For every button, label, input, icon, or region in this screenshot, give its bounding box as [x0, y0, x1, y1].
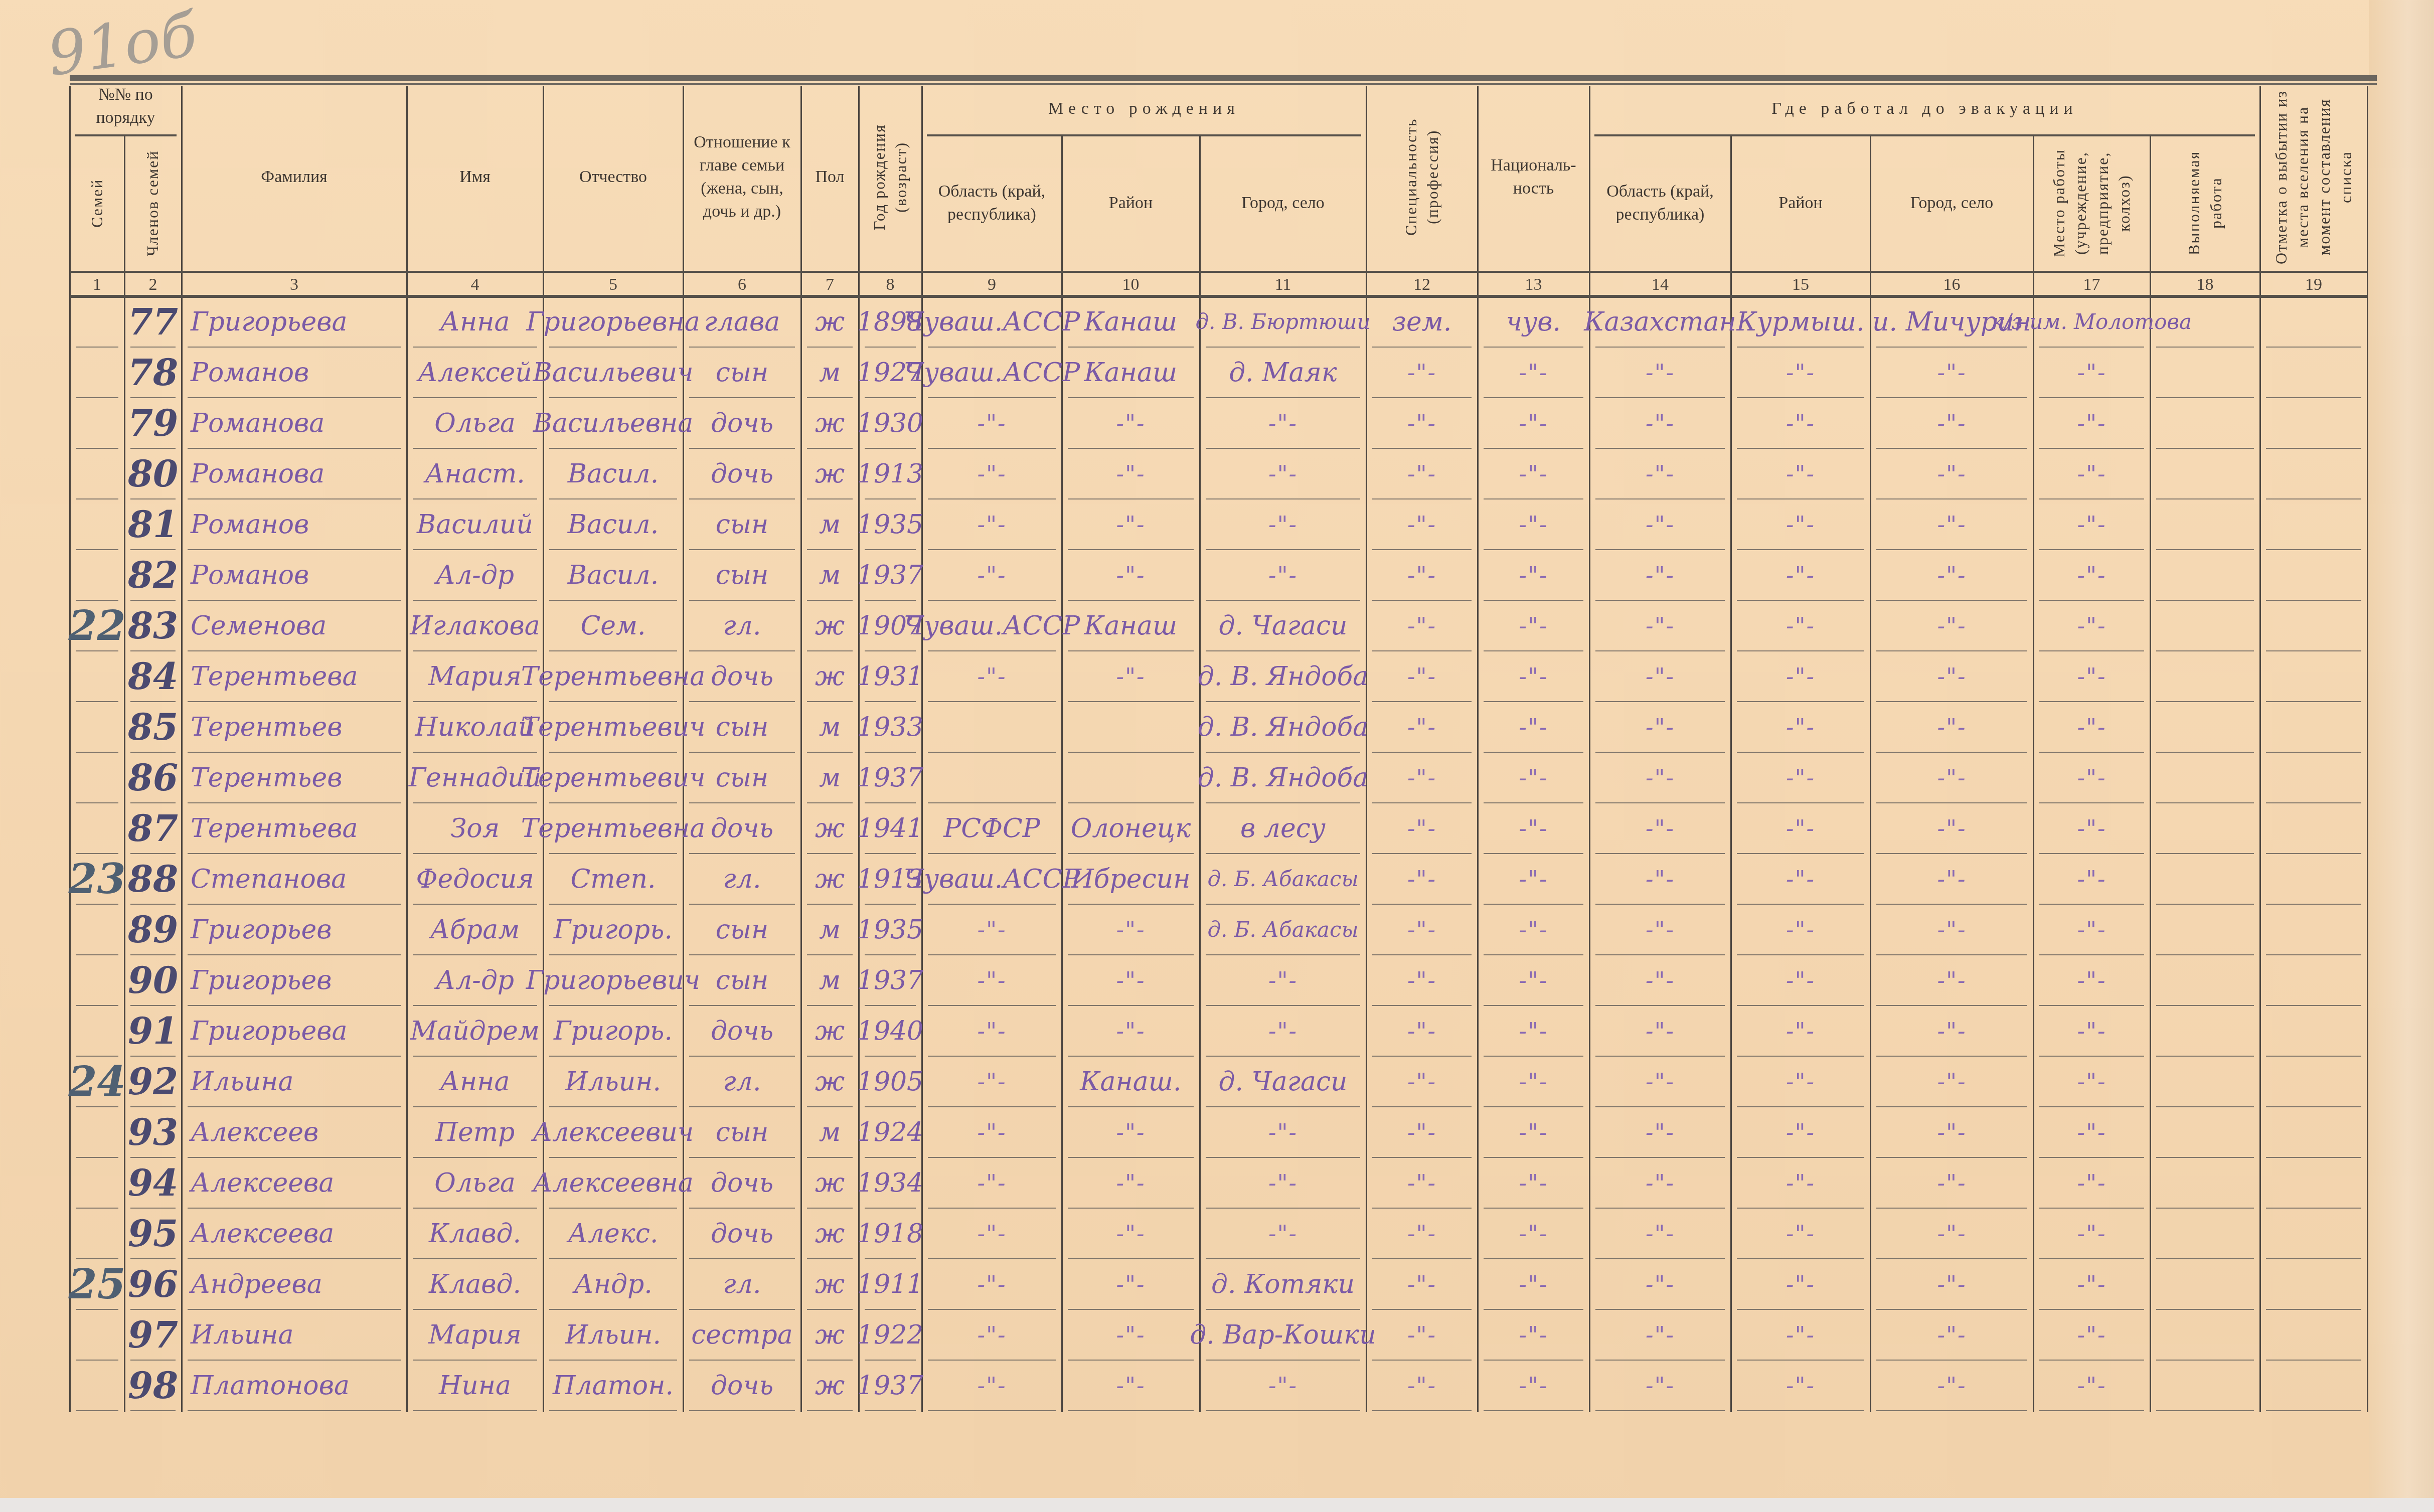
- column-header-18: Выполняемая работа: [2153, 138, 2257, 268]
- cell-w-district: -"-: [1731, 754, 1870, 801]
- row-divider: [76, 1258, 118, 1259]
- cell-patronymic: Васил.: [543, 500, 683, 548]
- row-divider: [549, 1309, 677, 1310]
- column-header-14: Область (край, республика): [1592, 138, 1728, 268]
- cell-patronymic: Алексеевна: [543, 1159, 683, 1207]
- cell-name: Майдрем: [407, 1007, 543, 1055]
- row-divider: [928, 1157, 1056, 1158]
- row-divider: [1206, 853, 1360, 854]
- row-divider: [549, 1157, 677, 1158]
- cell-nationality: -"-: [1478, 703, 1589, 751]
- cell-member: 85: [124, 703, 182, 751]
- cell-w-region: -"-: [1589, 855, 1731, 903]
- cell-patronymic: Алексеевич: [543, 1108, 683, 1156]
- row-divider: [2156, 1157, 2254, 1158]
- cell-w-region: -"-: [1589, 450, 1731, 497]
- cell-surname: Терентьева: [182, 804, 416, 852]
- row-divider: [689, 1258, 795, 1259]
- row-divider: [1876, 1005, 2027, 1006]
- row-divider: [865, 448, 916, 449]
- row-divider: [928, 752, 1056, 753]
- cell-nationality: -"-: [1478, 906, 1589, 953]
- cell-year: 1913: [859, 450, 922, 497]
- cell-w-place: -"-: [2033, 1007, 2150, 1055]
- row-divider: [188, 397, 401, 398]
- row-divider: [1737, 397, 1864, 398]
- cell-specialty: -"-: [1366, 1007, 1478, 1055]
- row-divider: [2156, 1258, 2254, 1259]
- row-divider: [1484, 1005, 1583, 1006]
- row-divider: [807, 1208, 853, 1209]
- row-divider: [1068, 701, 1194, 702]
- row-divider: [413, 701, 537, 702]
- row-divider: [1206, 1410, 1360, 1411]
- cell-member: 78: [124, 349, 182, 396]
- row-divider: [807, 701, 853, 702]
- cell-nationality: -"-: [1478, 450, 1589, 497]
- row-divider: [549, 397, 677, 398]
- cell-patronymic: Григорь.: [543, 906, 683, 953]
- row-divider: [413, 853, 537, 854]
- row-divider: [413, 448, 537, 449]
- row-divider: [1206, 650, 1360, 651]
- cell-b-town: д. Чагаси: [1200, 1058, 1366, 1105]
- cell-b-district: -"-: [1062, 1159, 1200, 1207]
- cell-specialty: -"-: [1366, 1362, 1478, 1409]
- row-divider: [807, 904, 853, 905]
- cell-w-region: -"-: [1589, 1260, 1731, 1308]
- row-divider: [2039, 752, 2144, 753]
- table-top-border: [70, 75, 2377, 81]
- column-header-9: Область (край, республика): [925, 138, 1059, 268]
- row-divider: [1737, 448, 1864, 449]
- row-divider: [689, 1208, 795, 1209]
- row-divider: [188, 701, 401, 702]
- cell-w-place: -"-: [2033, 1108, 2150, 1156]
- row-divider: [2039, 1005, 2144, 1006]
- cell-b-town: д. В. Яндоба: [1200, 754, 1366, 801]
- row-divider: [807, 752, 853, 753]
- row-divider: [130, 904, 176, 905]
- cell-w-region: Казахстан: [1589, 298, 1731, 346]
- cell-b-region: -"-: [922, 500, 1062, 548]
- cell-member: 86: [124, 754, 182, 801]
- row-divider: [1484, 853, 1583, 854]
- row-divider: [1595, 1258, 1725, 1259]
- row-divider: [2156, 600, 2254, 601]
- cell-surname: Ильина: [182, 1058, 416, 1105]
- row-divider: [865, 650, 916, 651]
- row-divider: [2039, 1106, 2144, 1107]
- row-divider: [2266, 650, 2361, 651]
- row-divider: [1206, 347, 1360, 348]
- row-divider: [1484, 397, 1583, 398]
- cell-sex: м: [801, 1108, 859, 1156]
- row-divider: [76, 752, 118, 753]
- cell-year: 1940: [859, 1007, 922, 1055]
- cell-w-place: -"-: [2033, 500, 2150, 548]
- row-divider: [1372, 1410, 1472, 1411]
- row-divider: [1484, 1309, 1583, 1310]
- cell-b-region: -"-: [922, 906, 1062, 953]
- row-divider: [130, 1157, 176, 1158]
- column-number-16: 16: [1870, 275, 2033, 295]
- cell-member: 91: [124, 1007, 182, 1055]
- cell-w-district: -"-: [1731, 956, 1870, 1004]
- cell-w-region: -"-: [1589, 349, 1731, 396]
- row-divider: [1206, 1106, 1360, 1107]
- cell-b-region: -"-: [922, 1007, 1062, 1055]
- row-divider: [1484, 1258, 1583, 1259]
- row-divider: [413, 1258, 537, 1259]
- cell-relation: гл.: [683, 855, 801, 903]
- row-divider: [188, 549, 401, 550]
- cell-year: 1924: [859, 1108, 922, 1156]
- row-divider: [549, 650, 677, 651]
- row-divider: [1876, 650, 2027, 651]
- row-divider: [2266, 1056, 2361, 1057]
- row-divider: [188, 1056, 401, 1057]
- row-divider: [1206, 1309, 1360, 1310]
- cell-w-place: -"-: [2033, 1311, 2150, 1359]
- column-header-10: Район: [1065, 138, 1197, 268]
- row-divider: [549, 1208, 677, 1209]
- cell-patronymic: Терентьевич: [543, 703, 683, 751]
- cell-w-district: -"-: [1731, 855, 1870, 903]
- cell-specialty: -"-: [1366, 956, 1478, 1004]
- cell-name: Мария: [407, 1311, 543, 1359]
- row-divider: [928, 701, 1056, 702]
- cell-w-town: -"-: [1870, 1108, 2033, 1156]
- cell-surname: Романова: [182, 450, 416, 497]
- row-divider: [2039, 1410, 2144, 1411]
- row-divider: [413, 397, 537, 398]
- cell-patronymic: Ильин.: [543, 1058, 683, 1105]
- row-divider: [865, 1410, 916, 1411]
- row-divider: [1737, 600, 1864, 601]
- row-divider: [928, 1208, 1056, 1209]
- row-divider: [413, 650, 537, 651]
- cell-relation: дочь: [683, 804, 801, 852]
- cell-w-region: -"-: [1589, 1210, 1731, 1257]
- column-number-15: 15: [1731, 275, 1870, 295]
- cell-w-place: -"-: [2033, 956, 2150, 1004]
- cell-b-town: д. Маяк: [1200, 349, 1366, 396]
- cell-b-region: -"-: [922, 1260, 1062, 1308]
- cell-w-town: -"-: [1870, 500, 2033, 548]
- cell-nationality: -"-: [1478, 652, 1589, 700]
- subheader-line: [1594, 134, 2255, 136]
- row-divider: [1595, 1208, 1725, 1209]
- cell-patronymic: Сем.: [543, 602, 683, 649]
- row-divider: [1068, 1410, 1194, 1411]
- row-divider: [2156, 1208, 2254, 1209]
- cell-surname: Алексеев: [182, 1108, 416, 1156]
- column-header-11: Город, село: [1203, 138, 1363, 268]
- cell-surname: Терентьев: [182, 754, 416, 801]
- subheader-line: [927, 134, 1361, 136]
- cell-patronymic: Григорь.: [543, 1007, 683, 1055]
- row-divider: [1737, 1106, 1864, 1107]
- cell-b-region: Чуваш.АССР: [922, 349, 1062, 396]
- row-divider: [865, 904, 916, 905]
- cell-nationality: -"-: [1478, 855, 1589, 903]
- row-divider: [188, 600, 401, 601]
- row-divider: [2156, 802, 2254, 803]
- row-divider: [130, 1208, 176, 1209]
- row-divider: [1068, 954, 1194, 955]
- row-divider: [2039, 1309, 2144, 1310]
- cell-w-place: -"-: [2033, 1210, 2150, 1257]
- row-divider: [1595, 701, 1725, 702]
- cell-sex: м: [801, 349, 859, 396]
- row-divider: [188, 853, 401, 854]
- row-divider: [1206, 1360, 1360, 1361]
- cell-member: 89: [124, 906, 182, 953]
- row-divider: [130, 802, 176, 803]
- cell-sex: ж: [801, 1159, 859, 1207]
- cell-family: 22: [70, 602, 124, 649]
- cell-sex: ж: [801, 855, 859, 903]
- row-divider: [130, 1360, 176, 1361]
- row-divider: [413, 802, 537, 803]
- cell-b-district: Канаш: [1062, 298, 1200, 346]
- row-divider: [928, 1106, 1056, 1107]
- row-divider: [76, 1157, 118, 1158]
- row-divider: [865, 1056, 916, 1057]
- row-divider: [2266, 904, 2361, 905]
- column-divider: [2259, 86, 2261, 1412]
- row-divider: [1737, 752, 1864, 753]
- row-divider: [1737, 1157, 1864, 1158]
- row-divider: [865, 1360, 916, 1361]
- cell-b-district: Канаш: [1062, 349, 1200, 396]
- row-divider: [1737, 1309, 1864, 1310]
- row-divider: [1737, 1056, 1864, 1057]
- paper-edge: [2369, 0, 2434, 1512]
- column-number-11: 11: [1200, 275, 1366, 295]
- row-divider: [413, 1309, 537, 1310]
- cell-specialty: -"-: [1366, 399, 1478, 447]
- cell-sex: ж: [801, 1362, 859, 1409]
- row-divider: [130, 954, 176, 955]
- row-divider: [1206, 752, 1360, 753]
- cell-b-district: -"-: [1062, 1007, 1200, 1055]
- row-divider: [865, 549, 916, 550]
- header-order-numbers: №№ по порядку: [70, 86, 182, 126]
- cell-w-district: -"-: [1731, 551, 1870, 599]
- cell-w-place: -"-: [2033, 703, 2150, 751]
- row-divider: [689, 549, 795, 550]
- row-divider: [1876, 904, 2027, 905]
- row-divider: [928, 1056, 1056, 1057]
- cell-w-town: -"-: [1870, 1007, 2033, 1055]
- row-divider: [1372, 1360, 1472, 1361]
- cell-member: 87: [124, 804, 182, 852]
- row-divider: [689, 954, 795, 955]
- cell-w-district: -"-: [1731, 349, 1870, 396]
- row-divider: [549, 448, 677, 449]
- row-divider: [689, 397, 795, 398]
- cell-b-district: -"-: [1062, 956, 1200, 1004]
- column-header-2: Членов семей: [127, 138, 179, 268]
- cell-nationality: чув.: [1478, 298, 1589, 346]
- row-divider: [188, 1258, 401, 1259]
- cell-surname: Григорьева: [182, 298, 416, 346]
- row-divider: [689, 752, 795, 753]
- row-divider: [928, 954, 1056, 955]
- cell-name: Клавд.: [407, 1210, 543, 1257]
- row-divider: [413, 498, 537, 499]
- row-divider: [130, 397, 176, 398]
- row-divider: [1595, 1106, 1725, 1107]
- cell-patronymic: Григорьевич: [543, 956, 683, 1004]
- scan-background: [0, 1498, 2434, 1512]
- row-divider: [1737, 1410, 1864, 1411]
- row-divider: [1595, 1005, 1725, 1006]
- cell-name: Василий: [407, 500, 543, 548]
- header-birth-place: Место рождения: [922, 86, 1366, 131]
- cell-surname: Алексеева: [182, 1159, 416, 1207]
- cell-b-district: -"-: [1062, 1108, 1200, 1156]
- row-divider: [689, 1360, 795, 1361]
- cell-nationality: -"-: [1478, 804, 1589, 852]
- row-divider: [1206, 600, 1360, 601]
- cell-w-region: -"-: [1589, 602, 1731, 649]
- row-divider: [1484, 1106, 1583, 1107]
- column-number-17: 17: [2033, 275, 2150, 295]
- row-divider: [1876, 1056, 2027, 1057]
- row-divider: [188, 347, 401, 348]
- cell-b-district: Канаш: [1062, 602, 1200, 649]
- cell-specialty: -"-: [1366, 1058, 1478, 1105]
- row-divider: [188, 1410, 401, 1411]
- cell-surname: Андреева: [182, 1260, 416, 1308]
- cell-relation: сын: [683, 500, 801, 548]
- row-divider: [2266, 1106, 2361, 1107]
- row-divider: [413, 954, 537, 955]
- cell-b-region: Чуваш.АССР: [922, 602, 1062, 649]
- row-divider: [2266, 954, 2361, 955]
- row-divider: [2039, 904, 2144, 905]
- row-divider: [76, 853, 118, 854]
- cell-year: 1905: [859, 1058, 922, 1105]
- row-divider: [1484, 1208, 1583, 1209]
- column-header-13: Националь-ность: [1481, 86, 1586, 268]
- row-divider: [2156, 650, 2254, 651]
- row-divider: [807, 1410, 853, 1411]
- cell-name: Петр: [407, 1108, 543, 1156]
- row-divider: [2266, 1410, 2361, 1411]
- row-divider: [928, 802, 1056, 803]
- row-divider: [2156, 752, 2254, 753]
- cell-nationality: -"-: [1478, 956, 1589, 1004]
- row-divider: [865, 1005, 916, 1006]
- row-divider: [689, 1157, 795, 1158]
- row-divider: [928, 498, 1056, 499]
- column-header-1: Семей: [73, 138, 121, 268]
- cell-name: Алексей: [407, 349, 543, 396]
- row-divider: [807, 802, 853, 803]
- cell-sex: м: [801, 500, 859, 548]
- cell-w-region: -"-: [1589, 1108, 1731, 1156]
- row-divider: [76, 1360, 118, 1361]
- cell-w-district: -"-: [1731, 703, 1870, 751]
- row-divider: [2266, 1258, 2361, 1259]
- cell-nationality: -"-: [1478, 602, 1589, 649]
- cell-year: 1937: [859, 551, 922, 599]
- cell-w-place: -"-: [2033, 399, 2150, 447]
- row-divider: [1876, 1106, 2027, 1107]
- cell-relation: сын: [683, 754, 801, 801]
- row-divider: [689, 498, 795, 499]
- row-divider: [807, 853, 853, 854]
- cell-relation: глава: [683, 298, 801, 346]
- row-divider: [2156, 1360, 2254, 1361]
- cell-b-town: д. В. Бюртюши: [1200, 298, 1366, 346]
- row-divider: [1206, 1258, 1360, 1259]
- row-divider: [1068, 1360, 1194, 1361]
- cell-patronymic: Григорьевна: [543, 298, 683, 346]
- cell-w-region: -"-: [1589, 1159, 1731, 1207]
- row-divider: [1876, 954, 2027, 955]
- row-divider: [2156, 397, 2254, 398]
- cell-nationality: -"-: [1478, 551, 1589, 599]
- cell-w-place: -"-: [2033, 652, 2150, 700]
- row-divider: [1595, 1309, 1725, 1310]
- cell-nationality: -"-: [1478, 349, 1589, 396]
- row-divider: [807, 1056, 853, 1057]
- row-divider: [188, 1157, 401, 1158]
- row-divider: [1068, 1005, 1194, 1006]
- cell-relation: гл.: [683, 1058, 801, 1105]
- row-divider: [1372, 347, 1472, 348]
- column-number-18: 18: [2150, 275, 2260, 295]
- cell-sex: м: [801, 906, 859, 953]
- cell-patronymic: Васильевич: [543, 349, 683, 396]
- row-divider: [1595, 752, 1725, 753]
- cell-year: 1941: [859, 804, 922, 852]
- row-divider: [2039, 549, 2144, 550]
- cell-surname: Романов: [182, 349, 416, 396]
- column-number-14: 14: [1589, 275, 1731, 295]
- row-divider: [1876, 600, 2027, 601]
- row-divider: [1068, 904, 1194, 905]
- row-divider: [1876, 1208, 2027, 1209]
- row-divider: [689, 1106, 795, 1107]
- row-divider: [76, 904, 118, 905]
- cell-b-town: -"-: [1200, 1159, 1366, 1207]
- cell-w-town: -"-: [1870, 652, 2033, 700]
- cell-nationality: -"-: [1478, 500, 1589, 548]
- cell-b-district: -"-: [1062, 652, 1200, 700]
- cell-nationality: -"-: [1478, 1007, 1589, 1055]
- cell-w-town: -"-: [1870, 855, 2033, 903]
- cell-w-region: -"-: [1589, 1362, 1731, 1409]
- cell-patronymic: Платон.: [543, 1362, 683, 1409]
- row-divider: [928, 549, 1056, 550]
- row-divider: [1372, 397, 1472, 398]
- row-divider: [413, 904, 537, 905]
- cell-specialty: -"-: [1366, 450, 1478, 497]
- row-divider: [2266, 1157, 2361, 1158]
- cell-b-town: д. В. Яндоба: [1200, 703, 1366, 751]
- cell-w-region: -"-: [1589, 399, 1731, 447]
- row-divider: [1737, 1005, 1864, 1006]
- row-divider: [2266, 448, 2361, 449]
- row-divider: [928, 904, 1056, 905]
- cell-w-region: -"-: [1589, 754, 1731, 801]
